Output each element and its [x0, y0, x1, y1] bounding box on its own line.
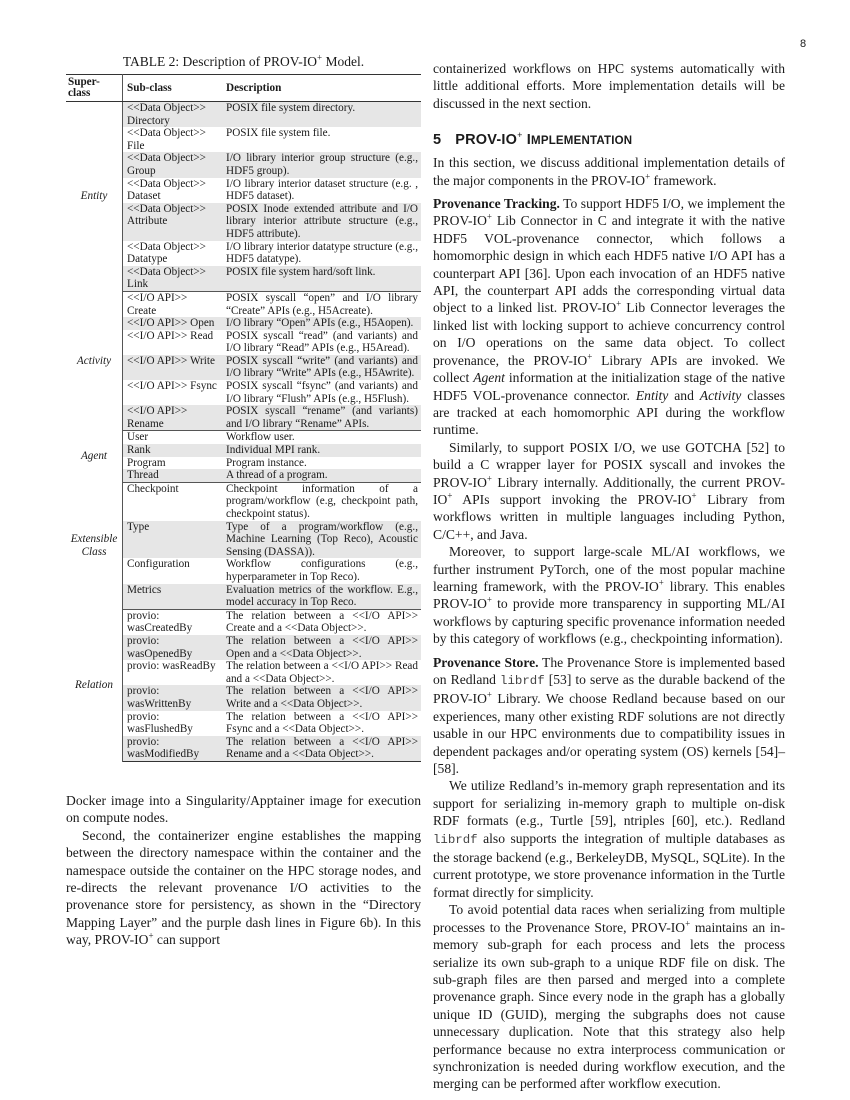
description-cell: The relation between a <<I/O API>> Creat… — [222, 609, 421, 635]
subclass-cell: <<Data Object>> Directory — [123, 102, 223, 128]
description-cell: POSIX syscall “write” (and variants) and… — [222, 355, 421, 380]
description-cell: POSIX syscall “read” (and variants) and … — [222, 330, 421, 355]
description-cell: POSIX file system directory. — [222, 102, 421, 128]
subclass-cell: <<Data Object>> Attribute — [123, 203, 223, 241]
superclass-cell: Entity — [66, 102, 123, 292]
description-cell: POSIX syscall “rename” (and variants) an… — [222, 405, 421, 431]
text-span: We utilize Redland’s in-memory graph rep… — [433, 778, 785, 828]
subclass-cell: <<Data Object>> Dataset — [123, 178, 223, 203]
code-span: librdf — [433, 833, 478, 847]
subclass-cell: provio: wasReadBy — [123, 660, 223, 685]
description-cell: Workflow configurations (e.g., hyperpara… — [222, 558, 421, 583]
section-heading: 5PROV-IO+ IMPLEMENTATION — [433, 132, 785, 148]
table-row: Relationprovio: wasCreatedByThe relation… — [66, 609, 421, 635]
superclass-cell: Relation — [66, 609, 123, 761]
description-cell: Program instance. — [222, 457, 421, 470]
subclass-cell: Rank — [123, 444, 223, 457]
section-number: 5 — [433, 132, 441, 148]
subclass-cell: <<Data Object>> File — [123, 127, 223, 152]
description-cell: The relation between a <<I/O API>> Write… — [222, 685, 421, 710]
table-body: Entity<<Data Object>> DirectoryPOSIX fil… — [66, 102, 421, 762]
paragraph-heading: Provenance Tracking. — [433, 196, 560, 211]
header-description: Description — [222, 75, 421, 102]
description-cell: I/O library interior datatype structure … — [222, 241, 421, 266]
description-cell: I/O library interior group structure (e.… — [222, 152, 421, 177]
subclass-cell: provio: wasModifiedBy — [123, 736, 223, 762]
table-row: Entity<<Data Object>> DirectoryPOSIX fil… — [66, 102, 421, 128]
description-cell: I/O library interior dataset structure (… — [222, 178, 421, 203]
section-title-smallcaps: MPLEMENTATION — [531, 135, 632, 147]
text-span: also supports the integration of multipl… — [433, 831, 785, 900]
paragraph: Second, the containerizer engine establi… — [66, 827, 421, 949]
text-span: Second, the containerizer engine establi… — [66, 828, 421, 947]
right-column: containerized workflows on HPC systems a… — [433, 60, 785, 1093]
subclass-cell: provio: wasOpenedBy — [123, 635, 223, 660]
subclass-cell: provio: wasCreatedBy — [123, 609, 223, 635]
text-emph: Agent — [473, 370, 505, 385]
description-cell: Evaluation metrics of the workflow. E.g.… — [222, 584, 421, 610]
superclass-cell: Agent — [66, 431, 123, 482]
description-cell: I/O library “Open” APIs (e.g., H5Aopen). — [222, 317, 421, 330]
subclass-cell: <<I/O API>> Rename — [123, 405, 223, 431]
subclass-cell: Thread — [123, 469, 223, 482]
text-span: In this section, we discuss additional i… — [433, 155, 785, 187]
paragraph: We utilize Redland’s in-memory graph rep… — [433, 777, 785, 901]
text-span: and — [668, 388, 699, 403]
text-span: can support — [154, 932, 220, 947]
subclass-cell: User — [123, 431, 223, 444]
subclass-cell: Metrics — [123, 584, 223, 610]
description-cell: Workflow user. — [222, 431, 421, 444]
subclass-cell: <<Data Object>> Link — [123, 266, 223, 292]
paragraph: Docker image into a Singularity/Apptaine… — [66, 792, 421, 827]
caption-suffix: Model. — [322, 54, 364, 69]
table-caption: TABLE 2: Description of PROV-IO+ Model. — [66, 54, 421, 70]
description-cell: POSIX syscall “open” and I/O library “Cr… — [222, 291, 421, 317]
subclass-cell: <<I/O API>> Open — [123, 317, 223, 330]
description-cell: The relation between a <<I/O API>> Renam… — [222, 736, 421, 762]
text-emph: Activity — [700, 388, 742, 403]
header-superclass: Super-class — [66, 75, 123, 102]
code-span: librdf — [500, 674, 545, 688]
description-cell: Individual MPI rank. — [222, 444, 421, 457]
section-title: PROV-IO — [455, 132, 517, 148]
text-span: maintains an in-memory sub-graph for eac… — [433, 920, 785, 1092]
description-cell: The relation between a <<I/O API>> Fsync… — [222, 711, 421, 736]
subclass-cell: <<I/O API>> Read — [123, 330, 223, 355]
description-cell: A thread of a program. — [222, 469, 421, 482]
subclass-cell: <<I/O API>> Create — [123, 291, 223, 317]
paragraph-heading: Provenance Store. — [433, 655, 539, 670]
subclass-cell: <<Data Object>> Datatype — [123, 241, 223, 266]
description-cell: POSIX file system file. — [222, 127, 421, 152]
section-title: I — [523, 132, 531, 148]
left-body-text: Docker image into a Singularity/Apptaine… — [66, 792, 421, 949]
paragraph: Moreover, to support large-scale ML/AI w… — [433, 543, 785, 647]
description-cell: Type of a program/workflow (e.g., Machin… — [222, 521, 421, 559]
description-cell: The relation between a <<I/O API>> Read … — [222, 660, 421, 685]
paragraph: To avoid potential data races when seria… — [433, 901, 785, 1092]
subclass-cell: Program — [123, 457, 223, 470]
header-subclass: Sub-class — [123, 75, 223, 102]
description-cell: POSIX syscall “fsync” (and variants) and… — [222, 380, 421, 405]
table-header-row: Super-class Sub-class Description — [66, 75, 421, 102]
description-cell: Checkpoint information of a program/work… — [222, 482, 421, 520]
text-emph: Entity — [636, 388, 668, 403]
paragraph: In this section, we discuss additional i… — [433, 154, 785, 189]
subclass-cell: Configuration — [123, 558, 223, 583]
subclass-cell: provio: wasWrittenBy — [123, 685, 223, 710]
subclass-cell: <<I/O API>> Write — [123, 355, 223, 380]
description-cell: POSIX file system hard/soft link. — [222, 266, 421, 292]
page-number: 8 — [800, 38, 806, 50]
description-cell: The relation between a <<I/O API>> Open … — [222, 635, 421, 660]
description-cell: POSIX Inode extended attribute and I/O l… — [222, 203, 421, 241]
paragraph-provenance-tracking: Provenance Tracking. To support HDF5 I/O… — [433, 195, 785, 439]
caption-text: TABLE 2: Description of PROV-IO — [123, 54, 317, 69]
paragraph: containerized workflows on HPC systems a… — [433, 60, 785, 112]
subclass-cell: provio: wasFlushedBy — [123, 711, 223, 736]
subclass-cell: Type — [123, 521, 223, 559]
superclass-cell: Activity — [66, 291, 123, 431]
subclass-cell: Checkpoint — [123, 482, 223, 520]
left-column: TABLE 2: Description of PROV-IO+ Model. … — [66, 54, 421, 949]
paragraph-provenance-store: Provenance Store. The Provenance Store i… — [433, 654, 785, 778]
superclass-cell: Extensible Class — [66, 482, 123, 609]
prov-io-model-table: Super-class Sub-class Description Entity… — [66, 74, 421, 762]
subclass-cell: <<I/O API>> Fsync — [123, 380, 223, 405]
paragraph: Similarly, to support POSIX I/O, we use … — [433, 439, 785, 543]
text-span: APIs support invoking the PROV-IO — [452, 492, 691, 507]
text-span: framework. — [650, 173, 716, 188]
table-row: Extensible ClassCheckpointCheckpoint inf… — [66, 482, 421, 520]
table-row: AgentUserWorkflow user. — [66, 431, 421, 444]
subclass-cell: <<Data Object>> Group — [123, 152, 223, 177]
table-row: Activity<<I/O API>> CreatePOSIX syscall … — [66, 291, 421, 317]
